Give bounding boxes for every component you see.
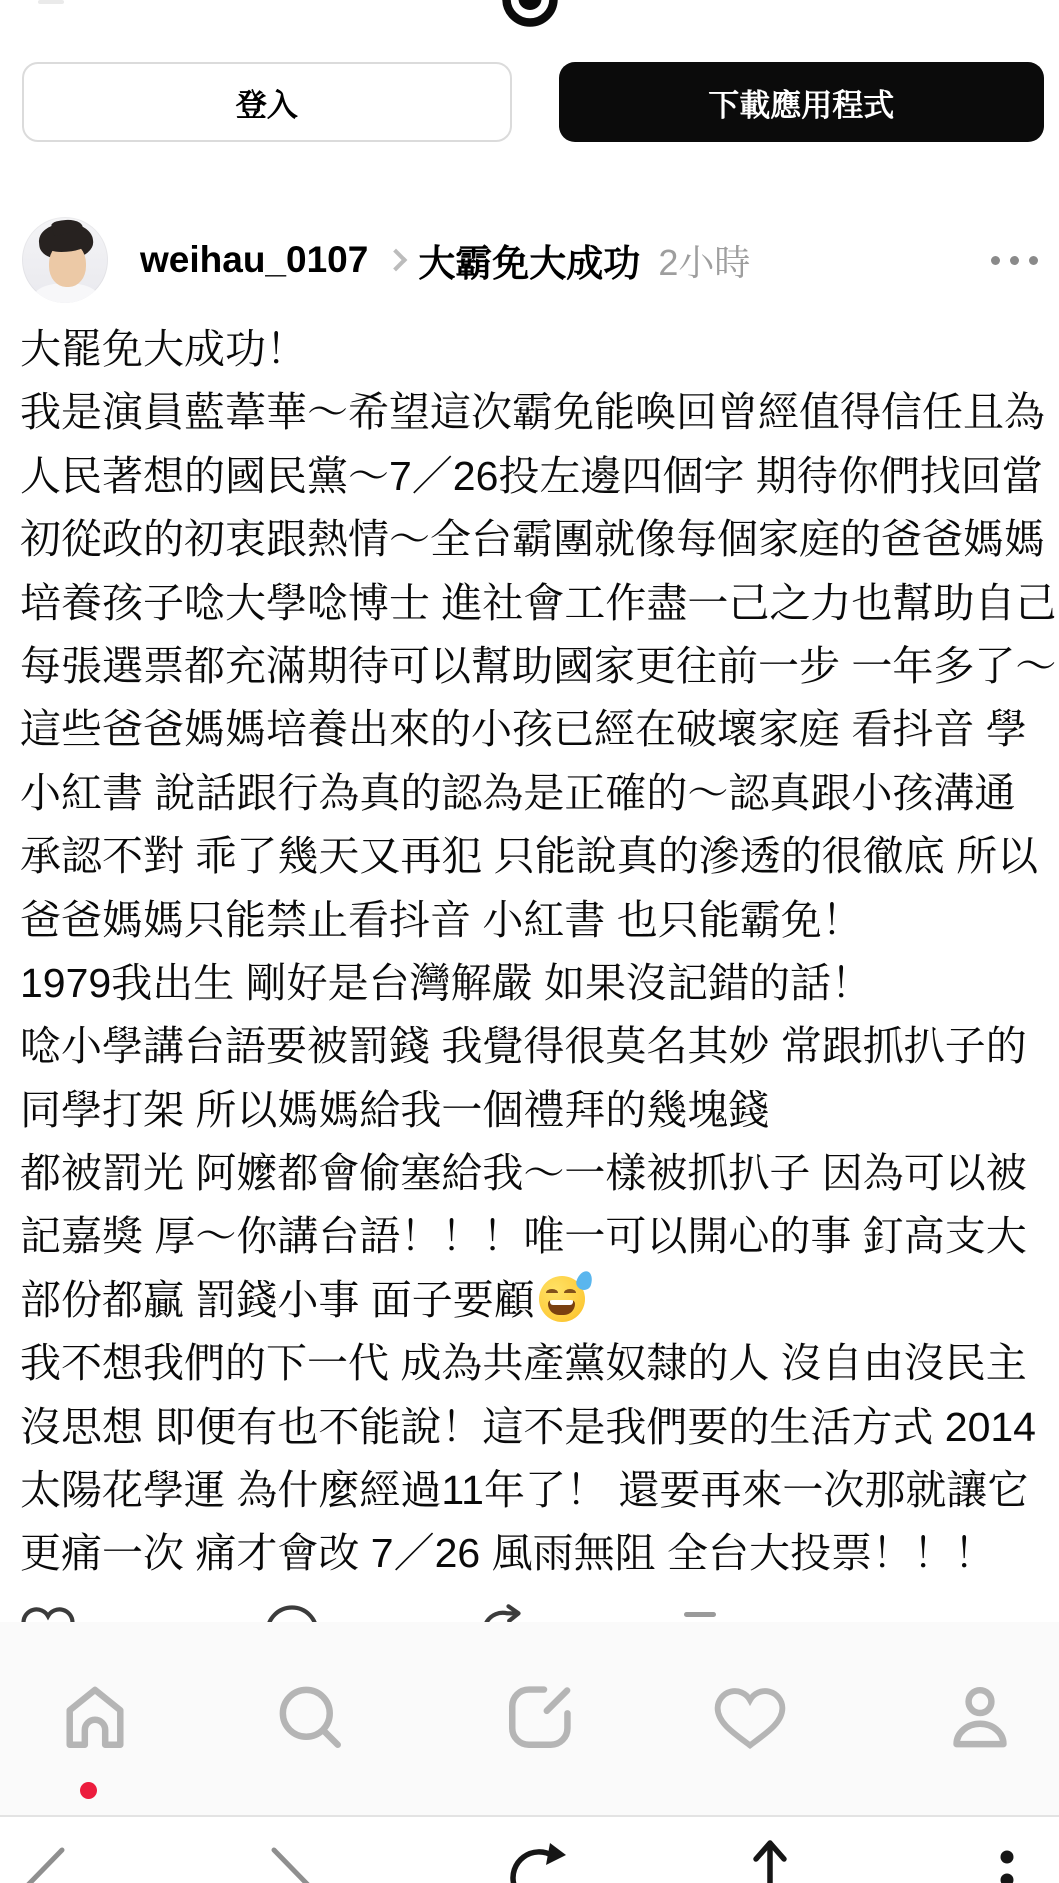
post-text-line: 人民著想的國民黨～7／26投左邊四個字 期待你們找回當 [20, 445, 1050, 508]
post-text-line: 小紅書 說話跟行為真的認為是正確的～認真跟小孩溝通 [20, 762, 1050, 825]
post-text-line: 1979我出生 剛好是台灣解嚴 如果沒記錯的話！ [20, 952, 1050, 1015]
username-link[interactable]: weihau_0107 [140, 239, 368, 281]
post-text-line: 承認不對 乖了幾天又再犯 只能說真的滲透的很徹底 所以 [20, 825, 1050, 888]
threads-logo-icon[interactable] [502, 0, 558, 28]
bottom-tab-bar [0, 1622, 1059, 1817]
home-notification-badge [80, 1782, 97, 1799]
post-text: 大罷免大成功！我是演員藍葦華～希望這次霸免能喚回曾經值得信任且為人民著想的國民黨… [20, 318, 1050, 1586]
browser-share-button[interactable] [744, 1839, 796, 1883]
threads-web-screen: 登入 下載應用程式 weihau_0107 大霸免大成功 2小時 大罷免大成功！… [0, 0, 1059, 1883]
post-text-line: 初從政的初衷跟熱情～全台霸團就像每個家庭的爸爸媽媽 [20, 508, 1050, 571]
post-text-line: 大罷免大成功！ [20, 318, 1050, 381]
tab-activity-heart[interactable] [713, 1680, 787, 1754]
post-text-line: 培養孩子唸大學唸博士 進社會工作盡一己之力也幫助自己 [20, 572, 1050, 635]
tab-home[interactable] [58, 1680, 132, 1754]
post-text-line: 都被罰光 阿嬤都會偷塞給我～一樣被抓扒子 因為可以被 [20, 1142, 1050, 1205]
browser-reload-button[interactable] [498, 1843, 574, 1883]
post-text-line: 爸爸媽媽只能禁止看抖音 小紅書 也只能霸免！ [20, 889, 1050, 952]
post-text-line: 我是演員藍葦華～希望這次霸免能喚回曾經值得信任且為 [20, 381, 1050, 444]
timestamp: 2小時 [658, 235, 750, 286]
post-text-line: 更痛一次 痛才會改 7／26 風雨無阻 全台大投票！！！ [20, 1522, 1050, 1585]
cta-row: 登入 下載應用程式 [22, 62, 1044, 142]
tab-profile[interactable] [943, 1680, 1017, 1754]
browser-menu-button[interactable] [994, 1849, 1020, 1883]
sweat-smile-emoji [539, 1276, 585, 1322]
community-link[interactable]: 大霸免大成功 [418, 233, 640, 287]
post-text-line: 唸小學講台語要被罰錢 我覺得很莫名其妙 常跟抓扒子的 [20, 1015, 1050, 1078]
post-text-line: 記嘉獎 厚～你講台語！！！唯一可以開心的事 釘高支大 [20, 1205, 1050, 1268]
download-app-button[interactable]: 下載應用程式 [559, 62, 1045, 142]
post-text-line: 太陽花學運 為什麼經過11年了！ 還要再來一次那就讓它 [20, 1459, 1050, 1522]
post-text-line: 同學打架 所以媽媽給我一個禮拜的幾塊錢 [20, 1079, 1050, 1142]
status-bar-artifact [38, 0, 64, 4]
more-options-button[interactable] [989, 242, 1040, 279]
login-button[interactable]: 登入 [22, 62, 512, 142]
browser-forward-button[interactable] [266, 1847, 318, 1883]
post-text-line: 我不想我們的下一代 成為共產黨奴隸的人 沒自由沒民主 [20, 1332, 1050, 1395]
post-header: weihau_0107 大霸免大成功 2小時 [22, 217, 1040, 303]
tab-search[interactable] [273, 1680, 347, 1754]
avatar[interactable] [22, 217, 108, 303]
browser-toolbar [0, 1819, 1059, 1883]
post-text-line: 沒思想 即便有也不能說！這不是我們要的生活方式 2014 [20, 1396, 1050, 1459]
post-text-line: 每張選票都充滿期待可以幫助國家更往前一步 一年多了～ [20, 635, 1050, 698]
browser-back-button[interactable] [18, 1847, 70, 1883]
share-button[interactable] [684, 1612, 716, 1617]
post-text-line: 這些爸爸媽媽培養出來的小孩已經在破壞家庭 看抖音 學 [20, 698, 1050, 761]
tab-compose[interactable] [503, 1680, 577, 1754]
chevron-right-icon [385, 249, 408, 272]
post-text-line: 部份都贏 罰錢小事 面子要顧 [20, 1269, 1050, 1332]
